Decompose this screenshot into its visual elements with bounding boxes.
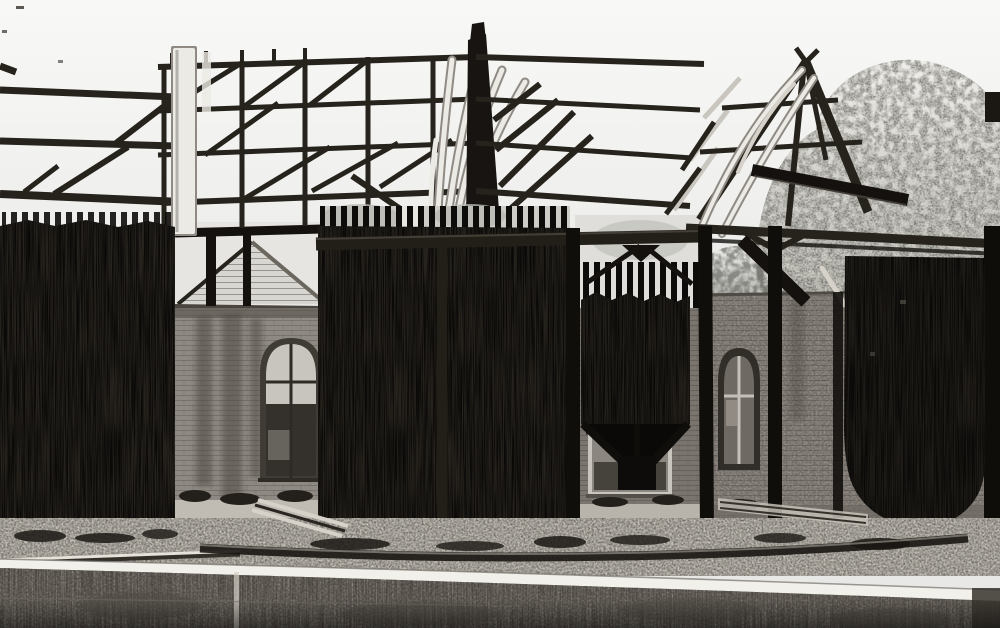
- photo-frame: [0, 0, 1000, 628]
- pane-glint: [726, 400, 738, 426]
- sky-speck: [58, 60, 63, 63]
- post: [768, 226, 782, 534]
- pit-bottom-shade: [0, 600, 1000, 628]
- weed-clump: [652, 495, 684, 505]
- background-building-left: [175, 222, 326, 534]
- pane-glint: [268, 430, 290, 460]
- weed-clump: [277, 490, 313, 502]
- sky-speck: [16, 6, 24, 9]
- horizontal-beam: [0, 141, 176, 146]
- panel-texture: [0, 220, 175, 537]
- hanging-charred-timber: [243, 230, 251, 306]
- photo-canvas: [0, 0, 1000, 628]
- soot-streak: [790, 300, 804, 420]
- white-stud: [202, 52, 211, 112]
- weed-clump: [592, 497, 628, 507]
- post: [698, 226, 714, 534]
- debris: [754, 533, 806, 543]
- debris: [310, 538, 390, 550]
- debris: [610, 535, 670, 545]
- weed-clump: [220, 493, 260, 505]
- debris: [142, 529, 178, 539]
- edge-timber: [985, 92, 1000, 122]
- eave-line: [175, 306, 323, 308]
- soot-streak: [196, 316, 212, 486]
- charred-lintel-beam: [175, 229, 322, 233]
- tank-texture: [844, 256, 985, 526]
- weed-clump: [179, 490, 211, 502]
- hopper-texture: [581, 292, 690, 424]
- debris: [436, 541, 504, 551]
- hanging-charred-timber: [206, 232, 216, 306]
- edge-post: [984, 226, 1000, 556]
- panel-post-seam: [437, 246, 447, 540]
- funnel-block: [618, 456, 656, 490]
- post: [566, 228, 580, 536]
- debris: [534, 536, 586, 548]
- soot-streak: [222, 314, 242, 499]
- tank-glint: [900, 300, 906, 304]
- post: [833, 292, 843, 530]
- tank-glint: [870, 352, 875, 356]
- debris: [14, 530, 66, 542]
- debris: [75, 533, 135, 543]
- sky-speck: [2, 30, 7, 33]
